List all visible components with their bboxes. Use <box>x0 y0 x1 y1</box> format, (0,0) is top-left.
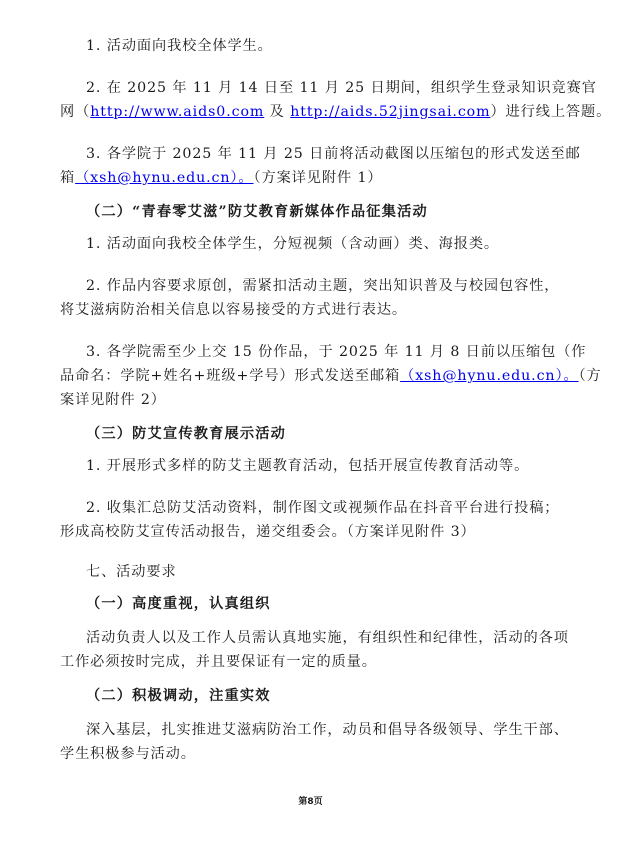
paragraph-line: 品命名：学院+姓名+班级+学号）形式发送至邮箱（xsh@hynu.edu.cn）… <box>60 366 602 386</box>
paragraph-line: 案详见附件 2） <box>60 390 166 410</box>
text: ）进行线上答题。 <box>490 104 611 120</box>
section-heading: （二）积极调动，注重实效 <box>86 686 271 706</box>
section-heading: （三）防艾宣传教育展示活动 <box>86 424 286 444</box>
list-item: 1. 活动面向我校全体学生。 <box>86 36 273 56</box>
text: （方 <box>579 368 602 384</box>
text: （方案详见附件 1） <box>254 170 383 186</box>
text: 箱 <box>60 170 75 186</box>
list-item: 3. 各学院于 2025 年 11 月 25 日前将活动截图以压缩包的形式发送至… <box>86 144 581 164</box>
section-heading: （二）“青春零艾滋”防艾教育新媒体作品征集活动 <box>86 202 428 222</box>
paragraph-line: 将艾滋病防治相关信息以容易接受的方式进行表达。 <box>60 300 407 320</box>
text: 及 <box>270 104 285 120</box>
text: 网（ <box>60 104 90 120</box>
paragraph-line: 活动负责人以及工作人员需认真地实施，有组织性和纪律性，活动的各项 <box>86 628 569 648</box>
paragraph-line: 形成高校防艾宣传活动报告，递交组委会。（方案详见附件 3） <box>60 522 476 542</box>
page-number: 第8页 <box>0 794 621 807</box>
chapter-heading: 七、活动要求 <box>86 562 177 582</box>
paragraph-line: 工作必须按时完成，并且要保证有一定的质量。 <box>60 652 377 672</box>
list-item: 2. 在 2025 年 11 月 14 日至 11 月 25 日期间，组织学生登… <box>86 78 597 98</box>
list-item: 2. 收集汇总防艾活动资料，制作图文或视频作品在抖音平台进行投稿； <box>86 498 559 518</box>
list-item: 3. 各学院需至少上交 15 份作品，于 2025 年 11 月 8 日前以压缩… <box>86 342 586 362</box>
section-heading: （一）高度重视，认真组织 <box>86 594 271 614</box>
email-link[interactable]: （xsh@hynu.edu.cn）。 <box>400 368 578 384</box>
link-aids0[interactable]: http://www.aids0.com <box>90 104 264 120</box>
link-52jingsai[interactable]: http://aids.52jingsai.com <box>290 104 490 120</box>
paragraph-line: 学生积极参与活动。 <box>60 744 196 764</box>
paragraph-line: 深入基层，扎实推进艾滋病防治工作，动员和倡导各级领导、学生干部、 <box>86 720 569 740</box>
email-link[interactable]: （xsh@hynu.edu.cn）。 <box>75 170 253 186</box>
list-item: 1. 活动面向我校全体学生，分短视频（含动画）类、海报类。 <box>86 234 499 254</box>
list-item: 2. 作品内容要求原创，需紧扣活动主题，突出知识普及与校园包容性， <box>86 276 559 296</box>
list-item: 1. 开展形式多样的防艾主题教育活动，包括开展宣传教育活动等。 <box>86 456 529 476</box>
text: 品命名：学院+姓名+班级+学号）形式发送至邮箱 <box>60 368 400 384</box>
document-page: 1. 活动面向我校全体学生。 2. 在 2025 年 11 月 14 日至 11… <box>0 0 621 843</box>
paragraph-line: 网（http://www.aids0.com 及 http://aids.52j… <box>60 102 611 122</box>
paragraph-line: 箱（xsh@hynu.edu.cn）。（方案详见附件 1） <box>60 168 382 188</box>
